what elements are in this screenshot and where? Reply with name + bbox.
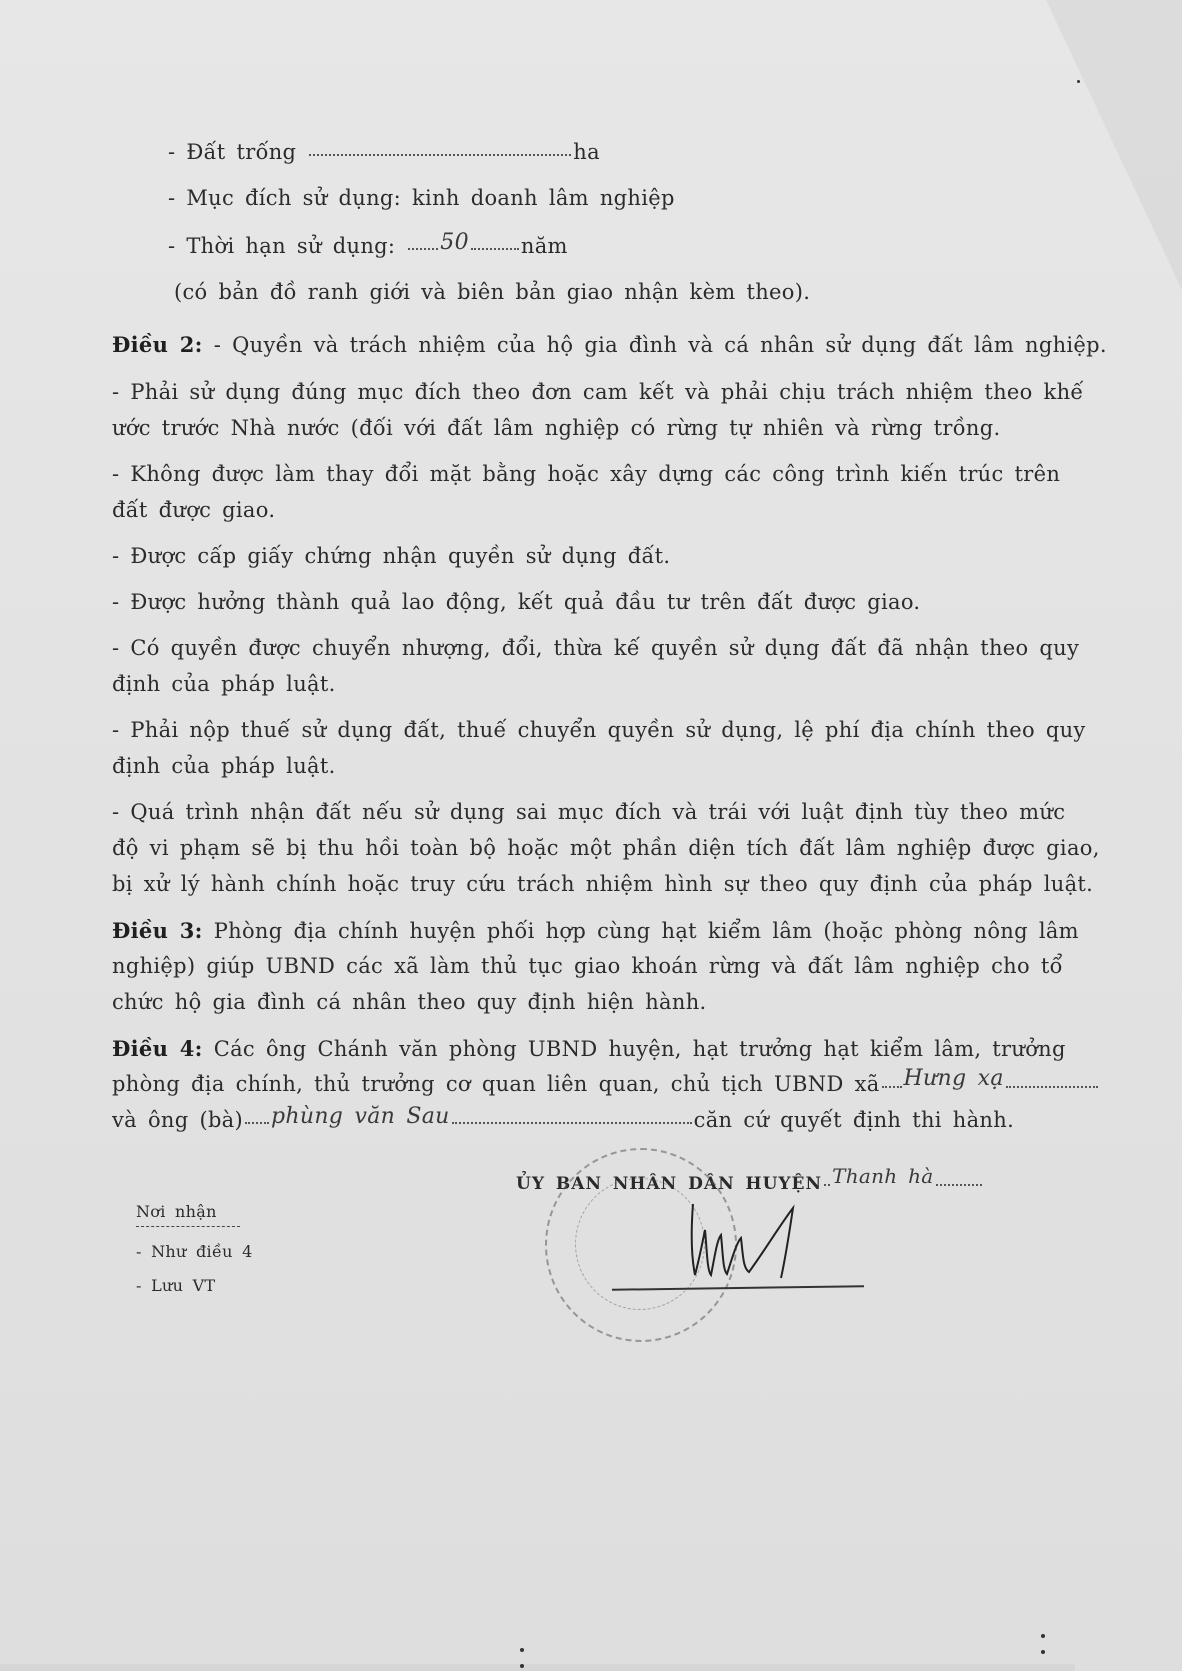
article-4-text: Các ông Chánh văn phòng UBND huyện, hạt … — [214, 1037, 1066, 1061]
article-2-heading: Điều 2: — [112, 332, 203, 357]
article-3-line: chức hộ gia đình cá nhân theo quy định h… — [112, 990, 707, 1014]
fill-in-dots — [452, 1120, 692, 1124]
land-item-label: - Mục đích sử dụng: — [168, 186, 401, 210]
fill-in-dots — [1006, 1084, 1098, 1088]
recipients-item: - Lưu VT — [136, 1276, 215, 1295]
article-2-line: định của pháp luật. — [112, 754, 336, 778]
land-item-duration: - Thời hạn sử dụng: 50năm — [168, 234, 568, 259]
article-2-line: - Không được làm thay đổi mặt bằng hoặc … — [112, 462, 1060, 486]
fill-in-dots — [824, 1182, 830, 1186]
article-3-heading: Điều 3: — [112, 918, 203, 943]
land-item-label: - Thời hạn sử dụng: — [168, 234, 395, 258]
article-2-line: ước trước Nhà nước (đối với đất lâm nghi… — [112, 416, 1000, 440]
article-3-line: nghiệp) giúp UBND các xã làm thủ tục gia… — [112, 954, 1063, 978]
handwritten-district: Thanh hà — [832, 1164, 933, 1188]
article-4-text: phòng địa chính, thủ trưởng cơ quan liên… — [112, 1072, 880, 1096]
article-2-line: độ vi phạm sẽ bị thu hồi toàn bộ hoặc mộ… — [112, 836, 1100, 860]
land-item-purpose: - Mục đích sử dụng: kinh doanh lâm nghiệ… — [168, 186, 675, 210]
article-2-line: - Quá trình nhận đất nếu sử dụng sai mục… — [112, 800, 1065, 824]
fill-in-dots — [936, 1182, 982, 1186]
fill-in-dots — [882, 1084, 902, 1088]
article-3-line: Điều 3: Phòng địa chính huyện phối hợp c… — [112, 918, 1079, 943]
article-4-line: và ông (bà)phùng văn Saucăn cứ quyết địn… — [112, 1108, 1014, 1133]
article-4-line: phòng địa chính, thủ trưởng cơ quan liên… — [112, 1072, 1100, 1097]
article-2-line: định của pháp luật. — [112, 672, 336, 696]
article-2-line: - Phải nộp thuế sử dụng đất, thuế chuyển… — [112, 718, 1086, 742]
fill-in-dots — [245, 1120, 269, 1124]
recipients-item: - Như điều 4 — [136, 1242, 253, 1261]
article-2-line: bị xử lý hành chính hoặc truy cứu trách … — [112, 872, 1093, 896]
land-item-value: kinh doanh lâm nghiệp — [412, 186, 675, 210]
land-item-empty-land: - Đất trống ha — [168, 140, 600, 164]
paper-speck — [520, 1664, 524, 1668]
article-4-heading: Điều 4: — [112, 1036, 203, 1061]
paper-speck — [1077, 80, 1080, 83]
article-2-line: - Được cấp giấy chứng nhận quyền sử dụng… — [112, 544, 670, 568]
article-3-text: Phòng địa chính huyện phối hợp cùng hạt … — [214, 919, 1079, 943]
unit-ha: ha — [573, 140, 600, 164]
attachment-note: (có bản đồ ranh giới và biên bản giao nh… — [174, 280, 810, 304]
unit-year: năm — [521, 234, 568, 258]
handwritten-duration: 50 — [440, 230, 469, 255]
fill-in-dots — [309, 152, 571, 156]
article-4-text: căn cứ quyết định thi hành. — [694, 1108, 1014, 1132]
paper-speck — [1041, 1634, 1045, 1638]
article-2-line: - Có quyền được chuyển nhượng, đổi, thừa… — [112, 636, 1079, 660]
handwritten-person-name: phùng văn Sau — [271, 1104, 450, 1129]
article-2-title: Điều 2: - Quyền và trách nhiệm của hộ gi… — [112, 332, 1107, 357]
article-4-text: và ông (bà) — [112, 1108, 243, 1132]
article-2-line: - Được hưởng thành quả lao động, kết quả… — [112, 590, 920, 614]
land-item-label: - Đất trống — [168, 140, 296, 164]
fill-in-dots — [471, 246, 519, 250]
fill-in-dots — [408, 246, 438, 250]
recipients-underline — [136, 1226, 240, 1227]
signature-icon — [685, 1200, 815, 1280]
paper-speck — [520, 1648, 524, 1652]
article-2-line: - Phải sử dụng đúng mục đích theo đơn ca… — [112, 380, 1084, 404]
article-4-line: Điều 4: Các ông Chánh văn phòng UBND huy… — [112, 1036, 1066, 1061]
article-2-title-text: - Quyền và trách nhiệm của hộ gia đình v… — [214, 333, 1107, 357]
article-2-line: đất được giao. — [112, 498, 275, 522]
paper-speck — [1041, 1650, 1045, 1654]
handwritten-commune: Hưng xạ — [904, 1066, 1004, 1091]
recipients-title: Nơi nhận — [136, 1202, 217, 1221]
